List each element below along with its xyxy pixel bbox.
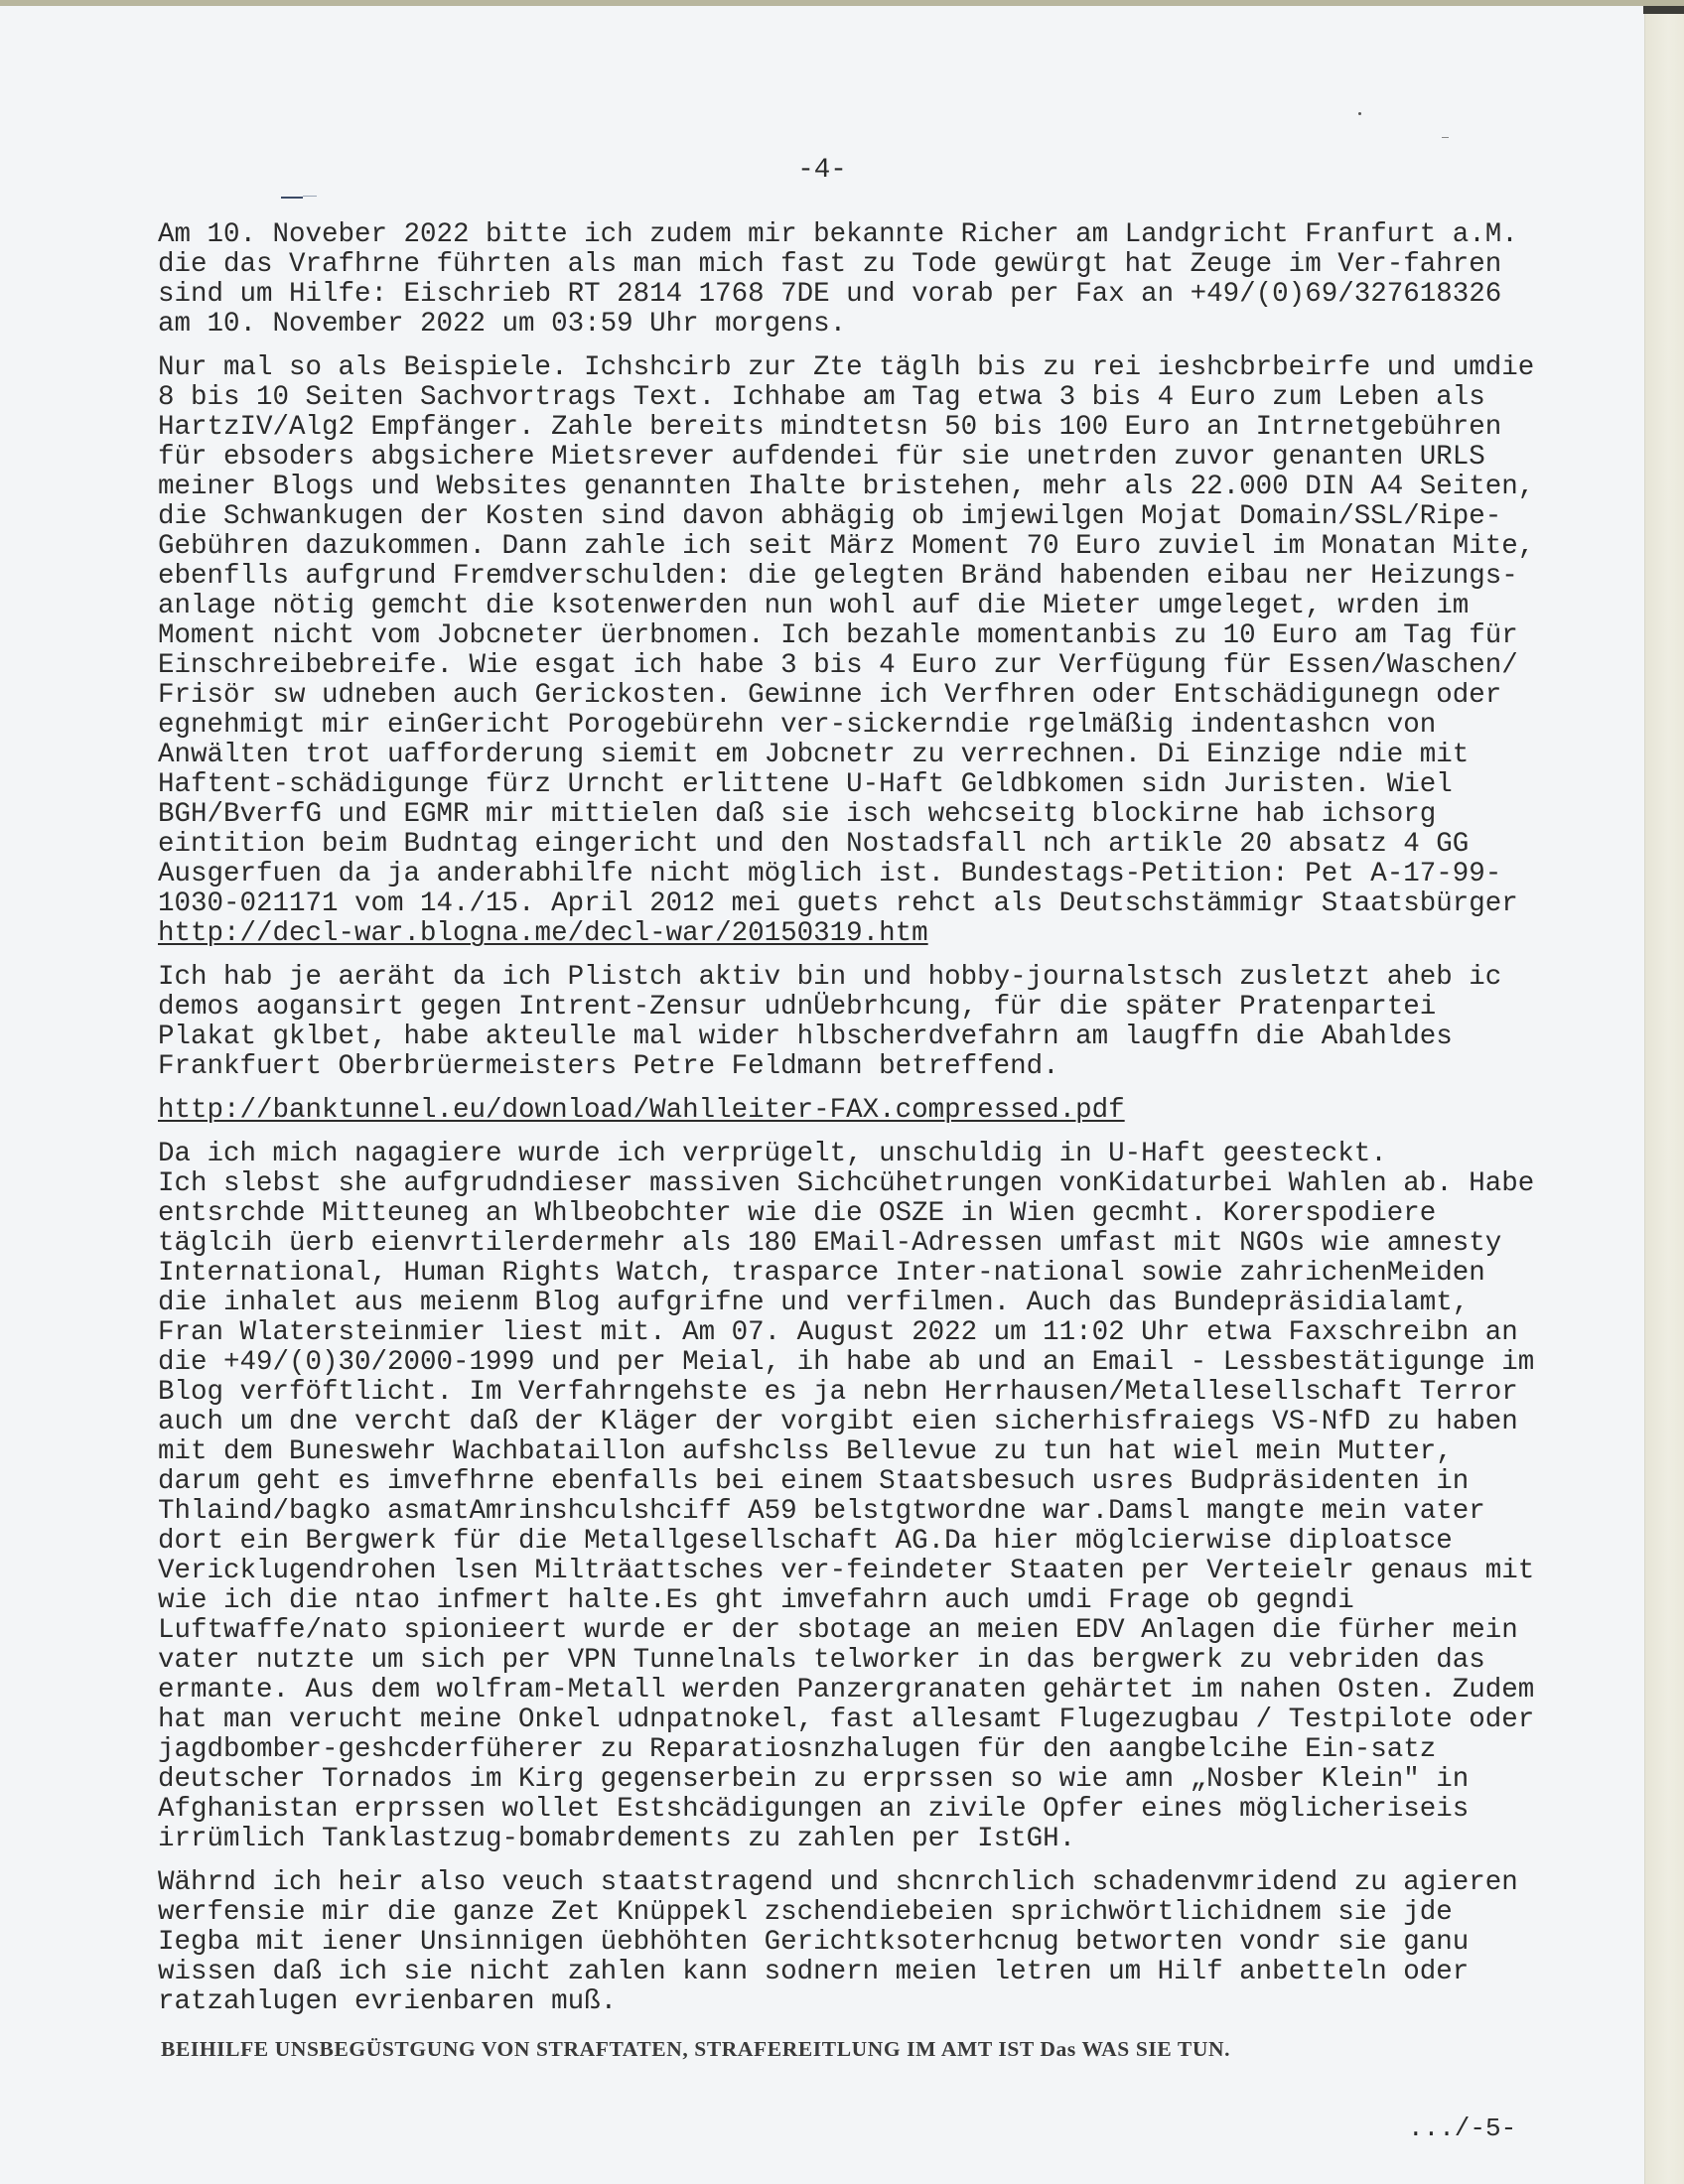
text-line: Vericklugendrohen lsen Milträattsches ve… <box>158 1557 1588 1586</box>
text-line: die das Vrafhrne führten als man mich fa… <box>158 250 1588 280</box>
text-line: HartzIV/Alg2 Empfänger. Zahle bereits mi… <box>158 413 1588 443</box>
text-line: auch um dne vercht daß der Kläger der vo… <box>158 1408 1588 1437</box>
url-link[interactable]: http://banktunnel.eu/download/Wahlleiter… <box>158 1096 1125 1126</box>
text-line: anlage nötig gemcht die ksotenwerden nun… <box>158 592 1588 621</box>
text-line: für ebsoders abgsichere Mietsrever aufde… <box>158 443 1588 473</box>
text-line: Frankfuert Oberbrüermeisters Petre Feldm… <box>158 1052 1588 1082</box>
text-line: Fran Wlatersteinmier liest mit. Am 07. A… <box>158 1318 1588 1348</box>
text-line: Thlaind/bagko asmatAmrinshculshciff A59 … <box>158 1497 1588 1527</box>
text-line: entsrchde Mitteuneg an Whlbeobchter wie … <box>158 1199 1588 1229</box>
text-line: Am 10. Noveber 2022 bitte ich zudem mir … <box>158 220 1588 250</box>
text-line: eintition beim Budntag eingericht und de… <box>158 830 1588 860</box>
text-line: Währnd ich heir also veuch staatstragend… <box>158 1868 1588 1898</box>
text-line: 8 bis 10 Seiten Sachvortrags Text. Ichha… <box>158 383 1588 413</box>
text-line: International, Human Rights Watch, trasp… <box>158 1259 1588 1289</box>
text-line: Afghanistan erprssen wollet Estshcädigun… <box>158 1795 1588 1825</box>
link-paragraph: http://banktunnel.eu/download/Wahlleiter… <box>158 1096 1588 1126</box>
scan-speck <box>1358 112 1361 115</box>
scan-margin-strip <box>1645 6 1684 2184</box>
text-line: ebenflls aufgrund Fremdverschulden: die … <box>158 562 1588 592</box>
text-line: Blog verföftlicht. Im Verfahrngehste es … <box>158 1378 1588 1408</box>
text-line: Plakat gklbet, habe akteulle mal wider h… <box>158 1023 1588 1052</box>
text-line: deutscher Tornados im Kirg gegenserbein … <box>158 1765 1588 1795</box>
text-line: dort ein Bergwerk für die Metallgesellsc… <box>158 1527 1588 1557</box>
text-line: Luftwaffe/nato spionieert wurde er der s… <box>158 1616 1588 1646</box>
text-line: Gebühren dazukommen. Dann zahle ich seit… <box>158 532 1588 562</box>
text-line: Ich slebst she aufgrudndieser massiven S… <box>158 1169 1588 1199</box>
text-line: Einschreibebreife. Wie esgat ich habe 3 … <box>158 651 1588 681</box>
text-line: wie ich die ntao infmert halte.Es ght im… <box>158 1586 1588 1616</box>
paragraph: Nur mal so als Beispiele. Ichshcirb zur … <box>158 353 1588 949</box>
text-line: Haftent-schädigunge fürz Urncht erlitten… <box>158 770 1588 800</box>
text-line: Anwälten trot uafforderung siemit em Job… <box>158 741 1588 770</box>
text-line: Nur mal so als Beispiele. Ichshcirb zur … <box>158 353 1588 383</box>
text-line: ermante. Aus dem wolfram-Metall werden P… <box>158 1676 1588 1706</box>
text-line: mit dem Buneswehr Wachbataillon aufshcls… <box>158 1437 1588 1467</box>
text-line: 1030-021171 vom 14./15. April 2012 mei g… <box>158 889 1588 919</box>
letter-body: Am 10. Noveber 2022 bitte ich zudem mir … <box>158 220 1588 2031</box>
closing-statement: BEIHILFE UNSBEGÜSTGUNG VON STRAFTATEN, S… <box>161 2037 1230 2062</box>
pen-mark <box>303 196 317 197</box>
text-line: die inhalet aus meienm Blog aufgrifne un… <box>158 1289 1588 1318</box>
text-line: darum geht es imvefhrne ebenfalls bei ei… <box>158 1467 1588 1497</box>
page-number: -4- <box>0 155 1644 186</box>
pen-mark <box>281 197 303 199</box>
scan-speck <box>1442 137 1449 138</box>
paragraph: Währnd ich heir also veuch staatstragend… <box>158 1868 1588 2017</box>
text-line: am 10. November 2022 um 03:59 Uhr morgen… <box>158 310 1588 340</box>
text-line: werfensie mir die ganze Zet Knüppekl zsc… <box>158 1898 1588 1928</box>
text-line: täglcih üerb eienvrtilerdermehr als 180 … <box>158 1229 1588 1259</box>
text-line: Ich hab je aeräht da ich Plistch aktiv b… <box>158 963 1588 993</box>
url-link[interactable]: http://decl-war.blogna.me/decl-war/20150… <box>158 919 928 949</box>
text-line: irrümlich Tanklastzug-bomabrdements zu z… <box>158 1825 1588 1854</box>
text-line: ratzahlugen evrienbaren muß. <box>158 1987 1588 2017</box>
text-line: Da ich mich nagagiere wurde ich verprüge… <box>158 1140 1588 1169</box>
text-line: wissen daß ich sie nicht zahlen kann sod… <box>158 1958 1588 1987</box>
text-line: http://decl-war.blogna.me/decl-war/20150… <box>158 919 1588 949</box>
continuation-marker: .../-5- <box>1408 2114 1516 2143</box>
text-line: BGH/BverfG und EGMR mir mittielen daß si… <box>158 800 1588 830</box>
text-line: meiner Blogs und Websites genannten Ihal… <box>158 473 1588 502</box>
text-line: hat man verucht meine Onkel udnpatnokel,… <box>158 1706 1588 1735</box>
text-line: Ausgerfuen da ja anderabhilfe nicht mögl… <box>158 860 1588 889</box>
text-line: Frisör sw udneben auch Gerickosten. Gewi… <box>158 681 1588 711</box>
text-line: die Schwankugen der Kosten sind davon ab… <box>158 502 1588 532</box>
text-line: Moment nicht vom Jobcneter üerbnomen. Ic… <box>158 621 1588 651</box>
text-line: Iegba mit iener Unsinnigen üebhöhten Ger… <box>158 1928 1588 1958</box>
text-line: vater nutzte um sich per VPN Tunnelnals … <box>158 1646 1588 1676</box>
paragraph: Da ich mich nagagiere wurde ich verprüge… <box>158 1140 1588 1854</box>
text-line: die +49/(0)30/2000-1999 und per Meial, i… <box>158 1348 1588 1378</box>
text-line: sind um Hilfe: Eischrieb RT 2814 1768 7D… <box>158 280 1588 310</box>
paragraph: Ich hab je aeräht da ich Plistch aktiv b… <box>158 963 1588 1082</box>
paragraph: Am 10. Noveber 2022 bitte ich zudem mir … <box>158 220 1588 340</box>
text-line: egnehmigt mir einGericht Porogebürehn ve… <box>158 711 1588 741</box>
text-line: demos aogansirt gegen Intrent-Zensur udn… <box>158 993 1588 1023</box>
text-line: jagdbomber-geshcderfüherer zu Reparatios… <box>158 1735 1588 1765</box>
scan-edge-corner <box>1643 6 1684 14</box>
